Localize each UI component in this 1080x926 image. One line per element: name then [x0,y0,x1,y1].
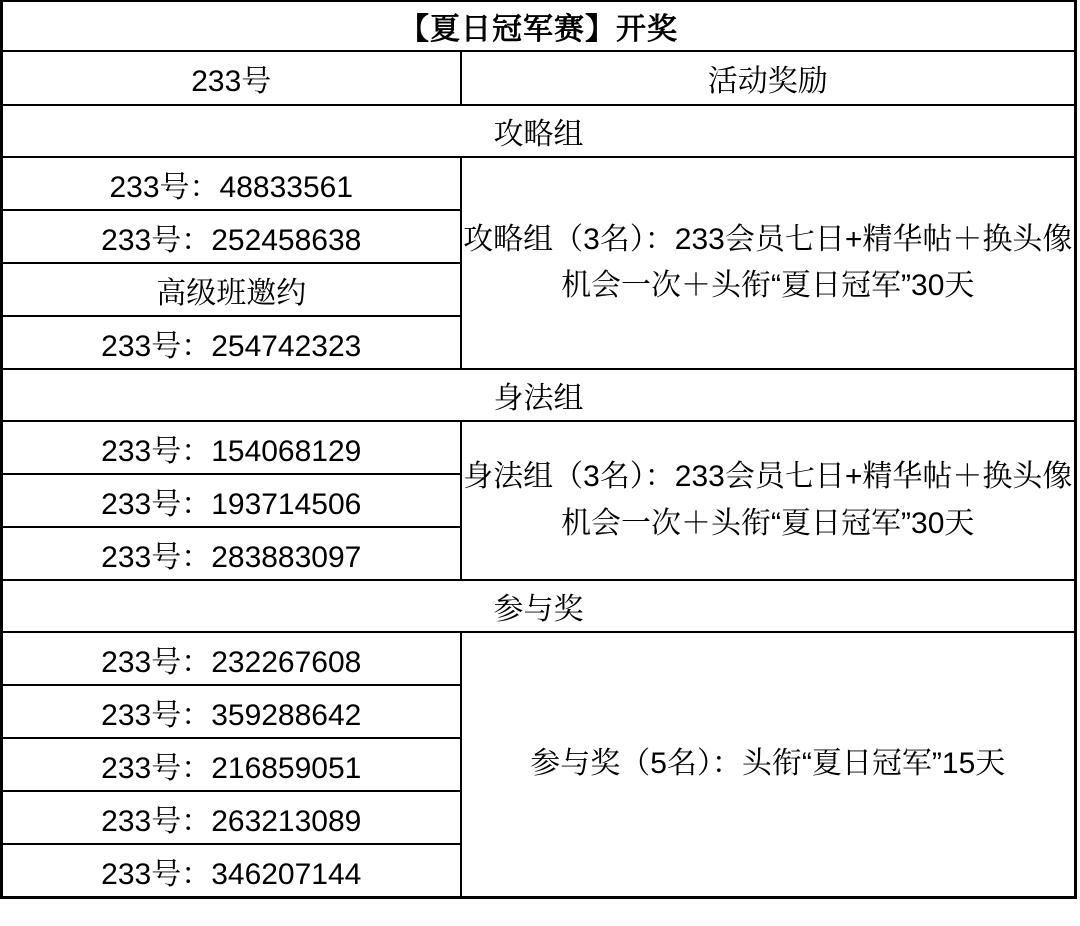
table-title: 【夏日冠军赛】开奖 [2,1,1076,51]
prize-table: 【夏日冠军赛】开奖 233号 活动奖励 攻略组 233号：48833561 攻略… [0,0,1077,899]
winner-cell: 233号：232267608 [2,632,461,685]
winner-cell: 233号：193714506 [2,474,461,527]
header-row: 233号 活动奖励 [2,51,1076,105]
winner-cell: 233号：346207144 [2,844,461,898]
reward-cell-strategy-group: 攻略组（3名）：233会员七日+精华帖＋换头像机会一次＋头衔“夏日冠军”30天 [461,157,1076,369]
section-header-participation-award: 参与奖 [2,580,1076,632]
section-header-row: 身法组 [2,369,1076,421]
section-header-agility-group: 身法组 [2,369,1076,421]
winner-cell: 233号：252458638 [2,210,461,263]
table-row: 233号：48833561 攻略组（3名）：233会员七日+精华帖＋换头像机会一… [2,157,1076,210]
winner-cell: 233号：254742323 [2,316,461,369]
winner-cell: 233号：263213089 [2,791,461,844]
reward-cell-agility-group: 身法组（3名）：233会员七日+精华帖＋换头像机会一次＋头衔“夏日冠军”30天 [461,421,1076,580]
column-header-reward: 活动奖励 [461,51,1076,105]
reward-cell-participation-award: 参与奖（5名）：头衔“夏日冠军”15天 [461,632,1076,898]
winner-cell: 233号：216859051 [2,738,461,791]
winner-cell: 高级班邀约 [2,263,461,316]
winner-cell: 233号：48833561 [2,157,461,210]
winner-cell: 233号：154068129 [2,421,461,474]
column-header-233: 233号 [2,51,461,105]
title-row: 【夏日冠军赛】开奖 [2,1,1076,51]
table-row: 233号：232267608 参与奖（5名）：头衔“夏日冠军”15天 [2,632,1076,685]
table-row: 233号：154068129 身法组（3名）：233会员七日+精华帖＋换头像机会… [2,421,1076,474]
section-header-row: 攻略组 [2,105,1076,157]
winner-cell: 233号：359288642 [2,685,461,738]
winner-cell: 233号：283883097 [2,527,461,580]
section-header-row: 参与奖 [2,580,1076,632]
section-header-strategy-group: 攻略组 [2,105,1076,157]
